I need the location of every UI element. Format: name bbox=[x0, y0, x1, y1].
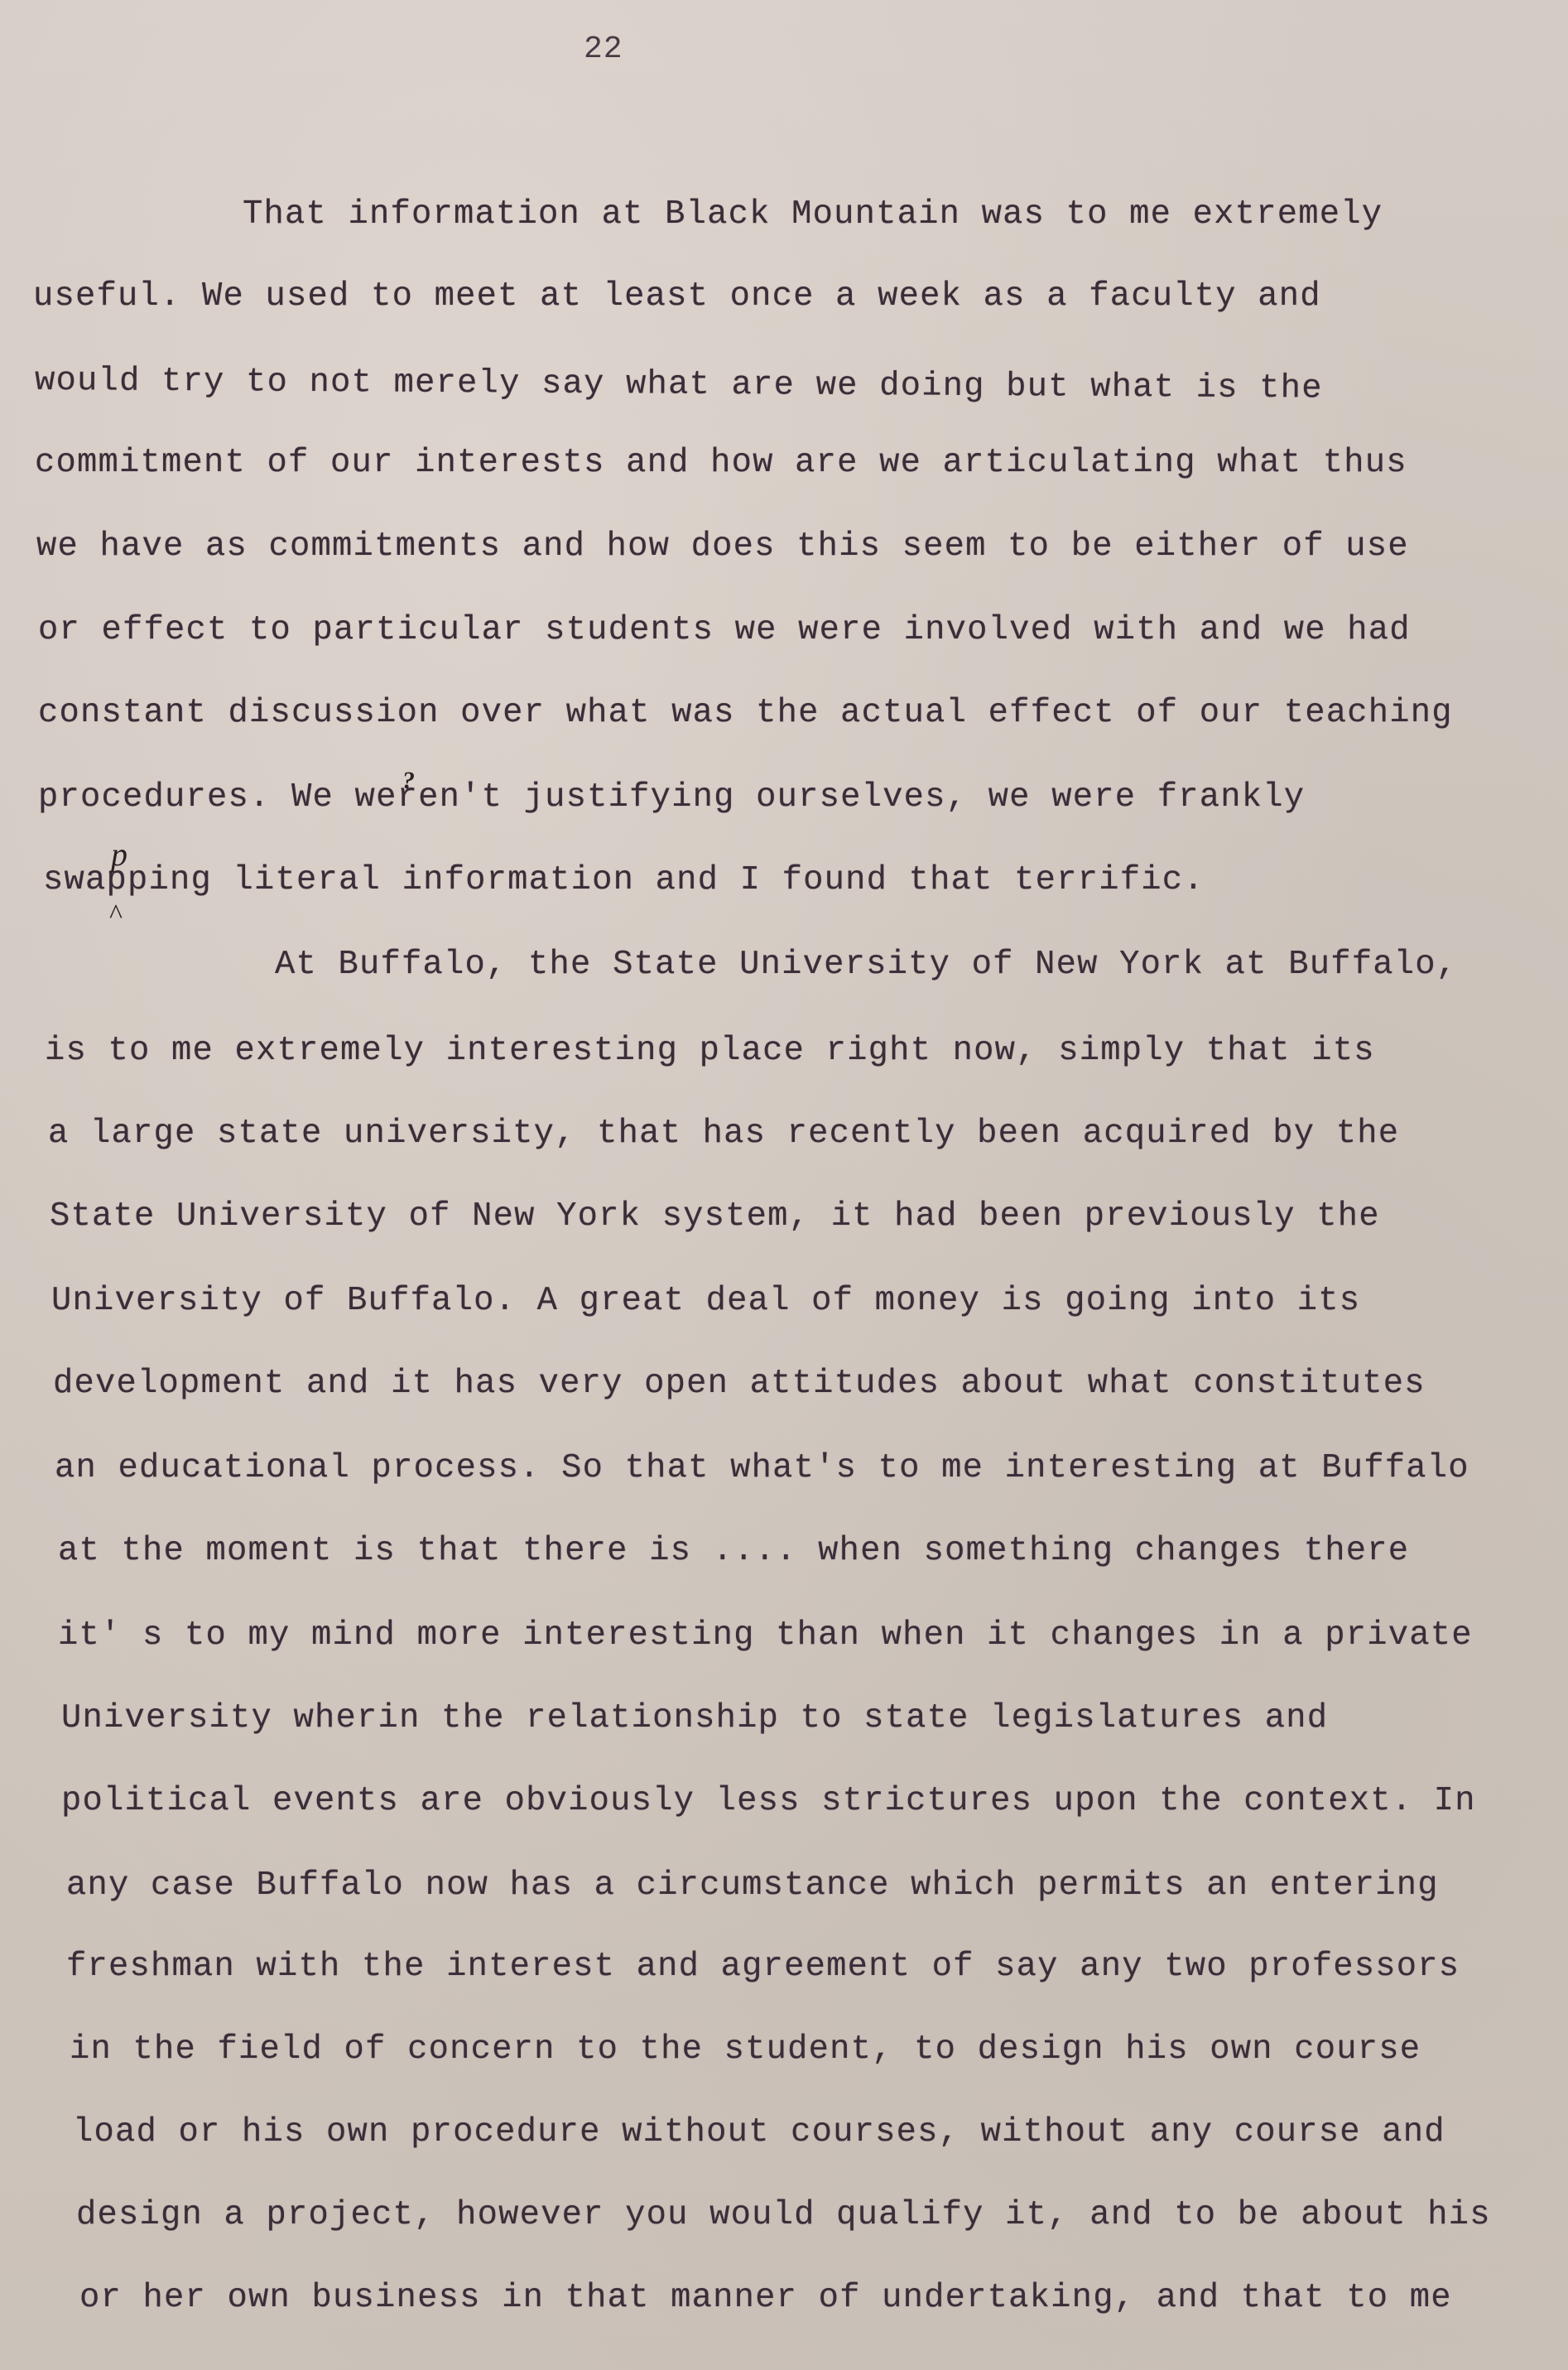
text-line: it' s to my mind more interesting than w… bbox=[58, 1616, 1473, 1655]
text-line: constant discussion over what was the ac… bbox=[38, 694, 1453, 732]
text-line: development and it has very open attitud… bbox=[53, 1365, 1426, 1403]
page-number: 22 bbox=[584, 31, 623, 67]
text-line: any case Buffalo now has a circumstance … bbox=[66, 1867, 1439, 1905]
text-line: design a project, however you would qual… bbox=[76, 2196, 1491, 2234]
text-line: University wherin the relationship to st… bbox=[61, 1699, 1328, 1737]
text-line: load or his own procedure without course… bbox=[73, 2113, 1445, 2151]
text-line: would try to not merely say what are we … bbox=[35, 362, 1323, 408]
text-line: useful. We used to meet at least once a … bbox=[33, 277, 1321, 316]
handwritten-caret-mark: ^ bbox=[109, 899, 123, 931]
handwritten-insertion-mark: p bbox=[111, 835, 127, 874]
text-line: in the field of concern to the student, … bbox=[70, 2030, 1421, 2069]
text-line: procedures. We weren't justifying oursel… bbox=[38, 778, 1305, 816]
text-line: is to me extremely interesting place rig… bbox=[45, 1032, 1375, 1070]
text-line: political events are obviously less stri… bbox=[61, 1782, 1476, 1820]
text-line: State University of New York system, it … bbox=[50, 1197, 1380, 1236]
text-line: or effect to particular students we were… bbox=[38, 611, 1411, 649]
handwritten-query-mark: ? bbox=[402, 767, 415, 795]
text-line: at the moment is that there is .... when… bbox=[58, 1532, 1409, 1570]
typewritten-page: 22 That information at Black Mountain wa… bbox=[0, 0, 1568, 2370]
text-line: commitment of our interests and how are … bbox=[35, 444, 1407, 482]
text-line: or her own business in that manner of un… bbox=[79, 2279, 1452, 2317]
text-line: At Buffalo, the State University of New … bbox=[275, 946, 1457, 984]
text-line: we have as commitments and how does this… bbox=[36, 527, 1409, 566]
text-line: an educational process. So that what's t… bbox=[55, 1449, 1469, 1487]
text-line: That information at Black Mountain was t… bbox=[243, 195, 1383, 234]
text-line: University of Buffalo. A great deal of m… bbox=[51, 1282, 1360, 1320]
text-line: a large state university, that has recen… bbox=[48, 1115, 1399, 1153]
text-line: swapping literal information and I found… bbox=[43, 861, 1205, 899]
text-line: freshman with the interest and agreement… bbox=[66, 1948, 1460, 1986]
